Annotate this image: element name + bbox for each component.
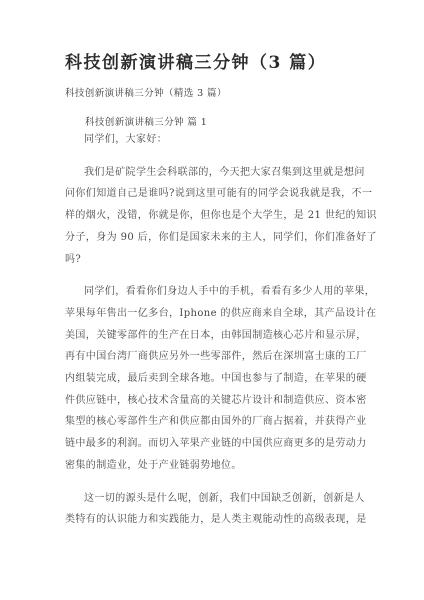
paragraph-line: 再有中国台湾厂商供应另外一些零部件，然后在深圳富士康的工厂 bbox=[65, 346, 360, 368]
document-page: 科技创新演讲稿三分钟（3 篇） 科技创新演讲稿三分钟（精选 3 篇） 科技创新演… bbox=[0, 0, 424, 600]
paragraph-line: 问你们知道自己是谁吗?说到这里可能有的同学会说我就是我，不一 bbox=[65, 183, 360, 205]
paragraph-line: 苹果每年售出一亿多台，Iphone 的供应商来自全球，其产品设计在 bbox=[65, 303, 360, 325]
page-title: 科技创新演讲稿三分钟（3 篇） bbox=[65, 52, 360, 74]
paragraph-line: 这一切的源头是什么呢，创新，我们中国缺乏创新，创新是人 bbox=[65, 488, 360, 510]
paragraph-line: 类特有的认识能力和实践能力，是人类主观能动性的高级表现，是 bbox=[65, 509, 360, 531]
greeting-paragraph: 同学们，大家好： bbox=[65, 129, 360, 151]
paragraph-line: 密集的制造业，处于产业链弱势地位。 bbox=[65, 455, 360, 477]
paragraph: 这一切的源头是什么呢，创新，我们中国缺乏创新，创新是人 类特有的认识能力和实践能… bbox=[65, 488, 360, 531]
paragraph-line: 件供应链中，核心技术含量高的关键芯片设计和制造供应、资本密 bbox=[65, 390, 360, 412]
paragraph-line: 同学们，看看你们身边人手中的手机，看看有多少人用的苹果， bbox=[65, 281, 360, 303]
document-content: 科技创新演讲稿三分钟（3 篇） 科技创新演讲稿三分钟（精选 3 篇） 科技创新演… bbox=[0, 0, 424, 531]
paragraph-line: 集型的核心零部件生产和供应都由国外的厂商占据着，并获得产业 bbox=[65, 411, 360, 433]
paragraph-line: 分子，身为 90 后，你们是国家未来的主人，同学们，你们准备好了 bbox=[65, 227, 360, 249]
paragraph-line: 吗? bbox=[65, 249, 360, 271]
paragraph-line: 我们是矿院学生会科联部的，今天把大家召集到这里就是想问 bbox=[65, 162, 360, 184]
paragraph-line: 链中最多的利润。而切入苹果产业链的中国供应商更多的是劳动力 bbox=[65, 433, 360, 455]
paragraph-line: 样的烟火，没错，你就是你，但你也是个大学生，是 21 世纪的知识 bbox=[65, 205, 360, 227]
section-heading: 科技创新演讲稿三分钟 篇 1 bbox=[65, 117, 360, 129]
greeting-line: 同学们，大家好： bbox=[65, 129, 360, 151]
paragraph-line: 美国，关键零部件的生产在日本，由韩国制造核心芯片和显示屏， bbox=[65, 325, 360, 347]
document-subtitle: 科技创新演讲稿三分钟（精选 3 篇） bbox=[65, 88, 360, 100]
paragraph: 同学们，看看你们身边人手中的手机，看看有多少人用的苹果， 苹果每年售出一亿多台，… bbox=[65, 281, 360, 476]
paragraph: 我们是矿院学生会科联部的，今天把大家召集到这里就是想问 问你们知道自己是谁吗?说… bbox=[65, 162, 360, 271]
paragraph-line: 内组装完成，最后卖到全球各地。中国也参与了制造，在苹果的硬 bbox=[65, 368, 360, 390]
